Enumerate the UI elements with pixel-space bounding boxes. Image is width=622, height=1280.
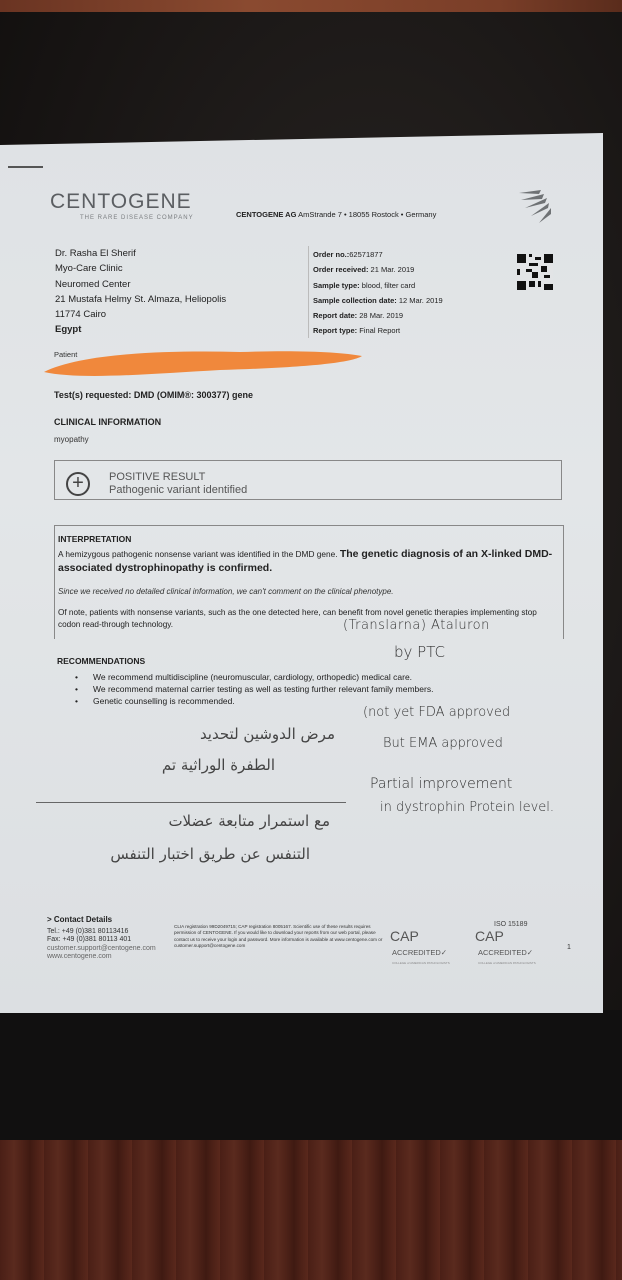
recommendation-item: We recommend maternal carrier testing as…: [75, 683, 433, 695]
interpretation-heading: INTERPRETATION: [58, 534, 131, 544]
legal-notice: CLIA registration 99D2049715; CAP regist…: [174, 924, 384, 949]
company-address-line: CENTOGENE AG AmStrande 7 • 18055 Rostock…: [236, 210, 436, 219]
handwritten-note: by PTC: [394, 643, 445, 661]
contact-heading: > Contact Details: [47, 915, 112, 924]
recipient-country: Egypt: [55, 322, 226, 337]
contact-tel: Tel.: +49 (0)381 80113416: [47, 928, 156, 936]
fan-rays-icon: [515, 187, 555, 227]
recipient-line: Dr. Rasha El Sherif: [55, 246, 226, 261]
centogene-logo: CENTOGENE: [50, 190, 192, 214]
handwritten-divider: [36, 802, 346, 803]
contact-email: customer.support@centogene.com: [47, 945, 156, 953]
contact-details: Tel.: +49 (0)381 80113416 Fax: +49 (0)38…: [47, 928, 156, 961]
cap-accredited: ACCREDITED✓: [392, 948, 447, 957]
handwritten-arabic-note: التنفس عن طريق اختبار التنفس: [30, 845, 310, 863]
report-type: Report type: Final Report: [313, 323, 443, 338]
handwritten-note: Partial improvement: [370, 776, 512, 792]
company-address: AmStrande 7 • 18055 Rostock • Germany: [298, 210, 436, 219]
recommendations-list: We recommend multidiscipline (neuromuscu…: [75, 671, 433, 707]
sample-type: Sample type: blood, filter card: [313, 278, 443, 293]
order-no: Order no.:62571877: [313, 247, 443, 262]
plus-circle-icon: +: [66, 472, 90, 496]
recipient-line: Myo-Care Clinic: [55, 261, 226, 276]
page-number: 1: [567, 944, 571, 951]
handwritten-arabic-note: الطفرة الوراثية تم: [65, 756, 275, 774]
recipient-address: Dr. Rasha El Sherif Myo-Care Clinic Neur…: [55, 246, 226, 338]
cap-logo: CAP: [475, 928, 504, 944]
handwritten-arabic-note: مع استمرار متابعة عضلات: [30, 812, 330, 830]
recommendations-heading: RECOMMENDATIONS: [57, 656, 145, 666]
handwritten-note: (not yet FDA approved: [363, 705, 510, 720]
company-tagline: THE RARE DISEASE COMPANY: [80, 215, 194, 221]
company-name: CENTOGENE AG: [236, 210, 296, 219]
wood-table-bottom: [0, 1140, 622, 1280]
handwritten-note: in dystrophin Protein level.: [380, 800, 554, 815]
clinical-information-heading: CLINICAL INFORMATION: [54, 417, 161, 427]
order-details: Order no.:62571877 Order received: 21 Ma…: [313, 247, 443, 339]
cap-logo: CAP: [390, 928, 419, 944]
recipient-line: 11774 Cairo: [55, 307, 226, 322]
recommendation-item: We recommend multidiscipline (neuromuscu…: [75, 671, 433, 683]
cap-accredited: ACCREDITED✓: [478, 948, 533, 957]
redaction-scribble: [40, 342, 365, 380]
recipient-line: Neuromed Center: [55, 277, 226, 292]
result-title: POSITIVE RESULT: [109, 471, 205, 483]
result-subtitle: Pathogenic variant identified: [109, 484, 247, 496]
interpretation-paragraph-1: A hemizygous pathogenic nonsense variant…: [58, 547, 558, 575]
clinical-information-value: myopathy: [54, 435, 89, 444]
handwritten-arabic-note: مرض الدوشين لتحديد: [65, 725, 335, 743]
paper-mark: [8, 166, 43, 168]
handwritten-note: (Translarna) Ataluron: [343, 618, 490, 633]
contact-fax: Fax: +49 (0)381 80113 401: [47, 936, 156, 944]
interpretation-paragraph-2: Since we received no detailed clinical i…: [58, 587, 394, 596]
report-date: Report date: 28 Mar. 2019: [313, 308, 443, 323]
cap-subtitle: COLLEGE of AMERICAN PATHOLOGISTS: [392, 961, 450, 965]
divider: [308, 246, 309, 338]
qr-code-icon: [517, 253, 553, 291]
sample-collection-date: Sample collection date: 12 Mar. 2019: [313, 293, 443, 308]
contact-website: www.centogene.com: [47, 953, 156, 961]
cap-subtitle: COLLEGE of AMERICAN PATHOLOGISTS: [478, 961, 536, 965]
order-received: Order received: 21 Mar. 2019: [313, 262, 443, 277]
recipient-line: 21 Mustafa Helmy St. Almaza, Heliopolis: [55, 292, 226, 307]
tests-requested: Test(s) requested: DMD (OMIM®: 300377) g…: [54, 390, 253, 400]
iso-label: ISO 15189: [494, 921, 527, 928]
handwritten-note: But EMA approved: [383, 736, 503, 751]
